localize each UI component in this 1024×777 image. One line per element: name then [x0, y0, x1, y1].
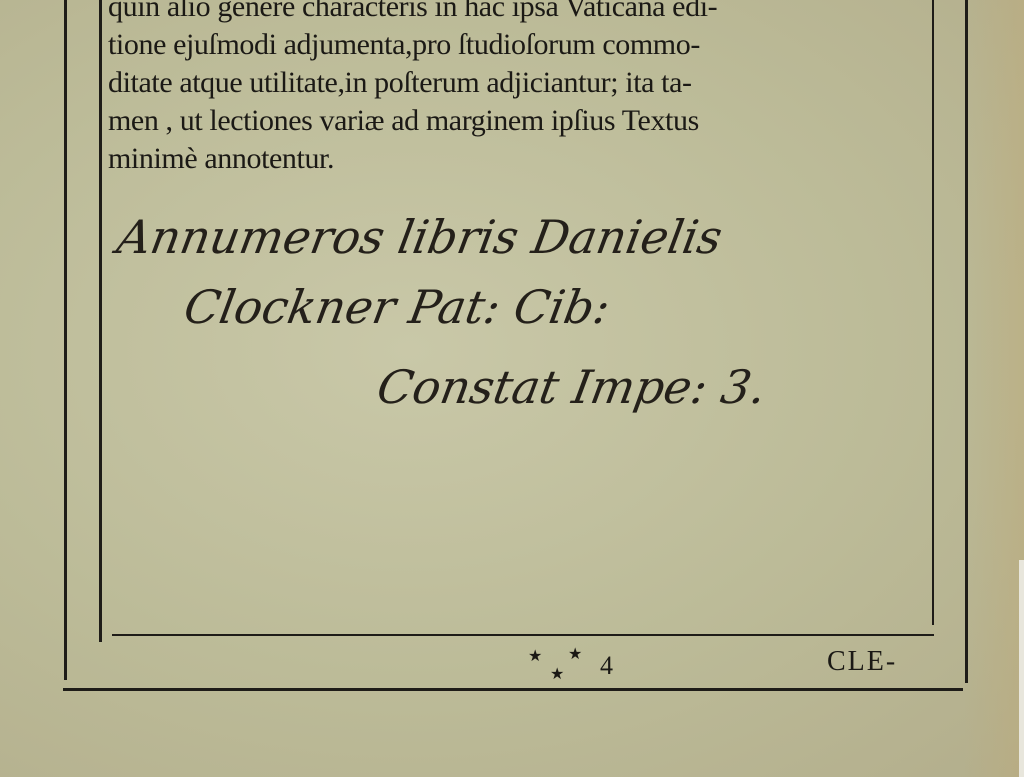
paper-edge-shadow — [964, 0, 1024, 777]
printed-line: minimè annotentur. — [108, 140, 928, 178]
printed-line: men , ut lectiones variæ ad marginem ipſ… — [108, 102, 928, 140]
outer-left-rule — [64, 0, 67, 680]
background-strip — [1019, 560, 1024, 777]
outer-right-rule — [965, 0, 968, 683]
inner-left-rule — [99, 0, 102, 642]
printed-line: quin alio genere characteris in hac ipsa… — [108, 0, 928, 26]
handwritten-line-2: Clockner Pat: Cib: — [180, 280, 614, 334]
star-icon: ★ — [568, 646, 582, 662]
inner-right-rule — [932, 0, 934, 625]
handwritten-line-3: Constat Impe: 3. — [373, 360, 770, 414]
handwritten-line-1: Annumeros libris Danielis — [113, 210, 726, 264]
printed-text-block: quin alio genere characteris in hac ipsa… — [108, 0, 928, 178]
printed-line: ditate atque utilitate,in poſterum adjic… — [108, 64, 928, 102]
outer-bottom-rule — [63, 688, 963, 691]
star-icon: ★ — [550, 666, 564, 682]
catchword: CLE- — [827, 646, 897, 678]
signature-mark: 4 — [600, 651, 613, 681]
star-icon: ★ — [528, 648, 542, 664]
signature-stars: ★ ★ ★ — [528, 646, 588, 686]
inner-bottom-rule — [112, 634, 934, 636]
printed-line: tione ejuſmodi adjumenta,pro ſtudioſorum… — [108, 26, 928, 64]
